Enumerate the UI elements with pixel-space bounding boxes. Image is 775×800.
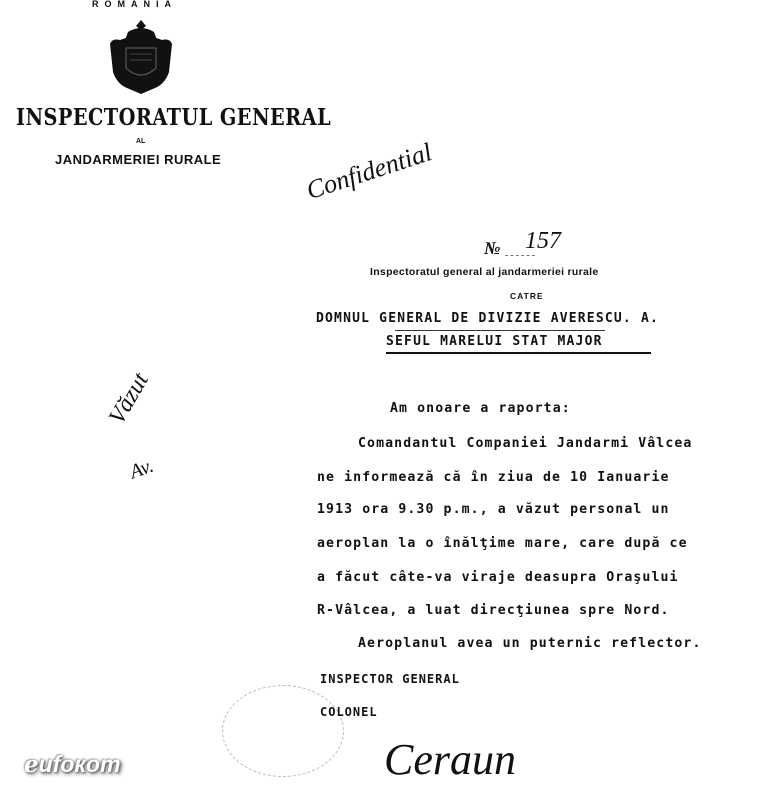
institution-subname: JANDARMERIEI RURALE — [55, 152, 221, 167]
body-line: Am onoare a raporta: — [390, 401, 571, 416]
number-underline — [505, 255, 535, 256]
addressee-line-2: SEFUL MARELUI STAT MAJOR — [386, 334, 603, 349]
margin-note-seen: Văzut — [104, 369, 155, 430]
institution-connector: AL — [136, 138, 145, 145]
watermark-logo: ℯufoкom — [24, 751, 121, 778]
country-heading: ROMANIA — [92, 0, 177, 9]
watermark-text: ufoкom — [39, 751, 121, 777]
body-line: ne informează că în ziua de 10 Ianuarie — [317, 470, 670, 485]
issuer-line: Inspectoratul general al jandarmeriei ru… — [370, 266, 599, 278]
addressee-underline-1 — [395, 330, 605, 331]
coat-of-arms-icon — [106, 18, 176, 98]
body-line: aeroplan la o înălţime mare, care după c… — [317, 536, 688, 551]
e-logo-icon: ℯ — [24, 751, 39, 777]
faded-stamp — [222, 685, 344, 777]
margin-initials: Av. — [127, 455, 157, 485]
body-line: R-Vâlcea, a luat direcţiunea spre Nord. — [317, 603, 670, 618]
body-line: 1913 ora 9.30 p.m., a văzut personal un — [317, 502, 670, 517]
body-line: Comandantul Companiei Jandarmi Vâlcea — [358, 436, 692, 451]
addressee-line-1: DOMNUL GENERAL DE DIVIZIE AVERESCU. A. — [316, 311, 659, 326]
signatory-title: INSPECTOR GENERAL — [320, 672, 460, 686]
confidential-note: Confidential — [303, 137, 436, 206]
to-label: CATRE — [510, 291, 544, 301]
body-line: Aeroplanul avea un puternic reflector. — [358, 636, 702, 651]
addressee-underline-2 — [386, 352, 651, 354]
handwritten-signature: Ceraun — [384, 734, 516, 785]
body-line: a făcut câte-va viraje deasupra Oraşului — [317, 570, 679, 585]
institution-name: INSPECTORATUL GENERAL — [16, 104, 331, 131]
signatory-rank: COLONEL — [320, 705, 378, 719]
document-number: 157 — [525, 228, 561, 255]
document-number-label: № — [484, 238, 500, 259]
